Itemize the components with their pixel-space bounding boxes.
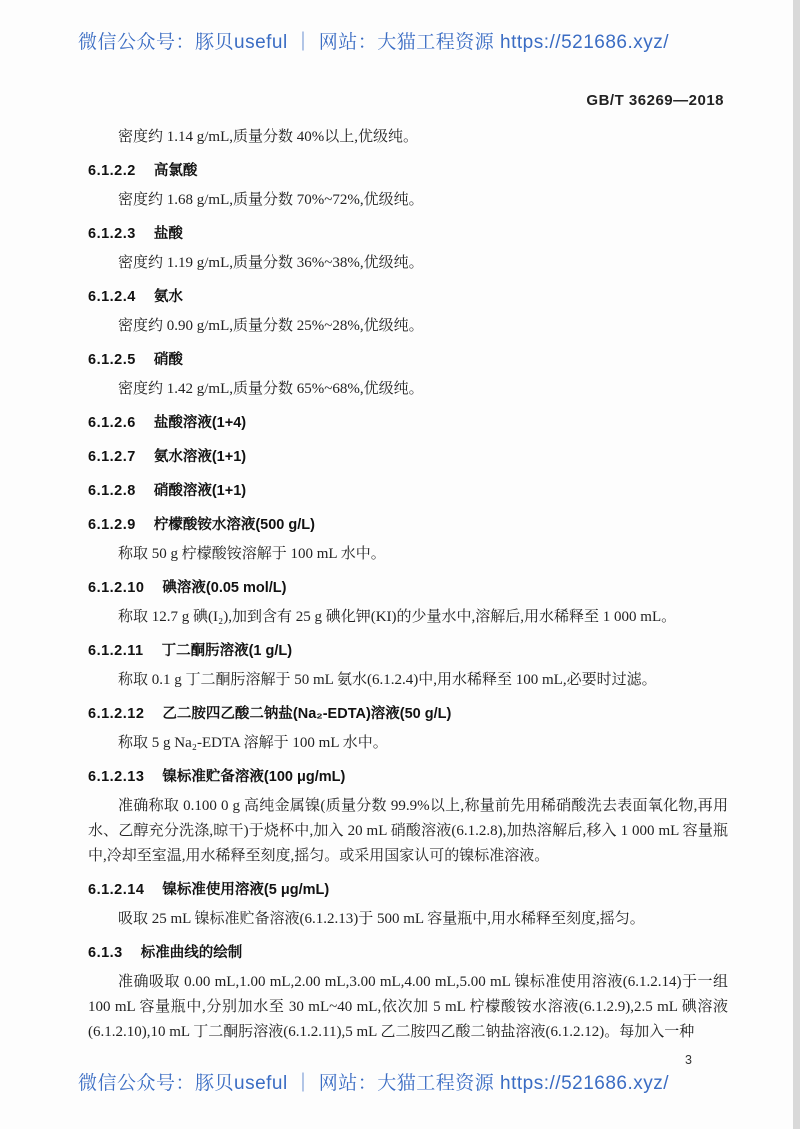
paragraph: 准确吸取 0.00 mL,1.00 mL,2.00 mL,3.00 mL,4.0…	[88, 970, 728, 1045]
watermark-header: 微信公众号：豚贝useful ｜ 网站：大猫工程资源 https://52168…	[78, 27, 738, 54]
section-title: 丁二酮肟溶液(1 g/L)	[162, 643, 293, 659]
section-heading: 6.1.2.14镍标准使用溶液(5 μg/mL)	[88, 878, 728, 903]
section-number: 6.1.2.8	[88, 483, 136, 499]
section-title: 高氯酸	[154, 163, 198, 179]
section-heading: 6.1.2.2高氯酸	[88, 159, 728, 184]
section-heading: 6.1.2.11丁二酮肟溶液(1 g/L)	[88, 639, 728, 664]
section-heading: 6.1.2.7氨水溶液(1+1)	[88, 445, 728, 470]
standard-code: GB/T 36269—2018	[88, 92, 728, 109]
section-heading: 6.1.3标准曲线的绘制	[88, 941, 728, 966]
section-title: 镍标准使用溶液(5 μg/mL)	[162, 882, 329, 898]
section-title: 柠檬酸铵水溶液(500 g/L)	[154, 517, 315, 533]
section-heading: 6.1.2.8硝酸溶液(1+1)	[88, 479, 728, 504]
section-number: 6.1.2.7	[88, 449, 136, 465]
section-number: 6.1.2.5	[88, 352, 136, 368]
section-heading: 6.1.2.9柠檬酸铵水溶液(500 g/L)	[88, 513, 728, 538]
section-heading: 6.1.2.12乙二胺四乙酸二钠盐(Na₂-EDTA)溶液(50 g/L)	[88, 702, 728, 727]
paragraph: 吸取 25 mL 镍标准贮备溶液(6.1.2.13)于 500 mL 容量瓶中,…	[88, 907, 728, 932]
section-title: 标准曲线的绘制	[141, 945, 243, 961]
paragraph: 称取 5 g Na₂-EDTA 溶解于 100 mL 水中。	[88, 731, 728, 756]
paragraph: 称取 0.1 g 丁二酮肟溶解于 50 mL 氨水(6.1.2.4)中,用水稀释…	[88, 668, 728, 693]
section-number: 6.1.2.6	[88, 415, 136, 431]
section-number: 6.1.2.3	[88, 226, 136, 242]
paragraph: 密度约 0.90 g/mL,质量分数 25%~28%,优级纯。	[88, 314, 728, 339]
section-number: 6.1.3	[88, 945, 123, 961]
section-heading: 6.1.2.13镍标准贮备溶液(100 μg/mL)	[88, 765, 728, 790]
section-number: 6.1.2.9	[88, 517, 136, 533]
section-number: 6.1.2.2	[88, 163, 136, 179]
paragraph: 称取 12.7 g 碘(I₂),加到含有 25 g 碘化钾(KI)的少量水中,溶…	[88, 605, 728, 630]
watermark-footer: 微信公众号：豚贝useful ｜ 网站：大猫工程资源 https://52168…	[78, 1068, 738, 1095]
section-title: 硝酸溶液(1+1)	[154, 483, 246, 499]
section-heading: 6.1.2.10碘溶液(0.05 mol/L)	[88, 576, 728, 601]
section-number: 6.1.2.14	[88, 882, 144, 898]
section-heading: 6.1.2.4氨水	[88, 285, 728, 310]
section-number: 6.1.2.13	[88, 769, 144, 785]
section-heading: 6.1.2.3盐酸	[88, 222, 728, 247]
scan-page-edge	[793, 0, 800, 1129]
paragraph: 密度约 1.68 g/mL,质量分数 70%~72%,优级纯。	[88, 188, 728, 213]
section-heading: 6.1.2.6盐酸溶液(1+4)	[88, 411, 728, 436]
section-number: 6.1.2.11	[88, 643, 144, 659]
section-title: 氨水	[154, 289, 183, 305]
section-title: 乙二胺四乙酸二钠盐(Na₂-EDTA)溶液(50 g/L)	[162, 706, 451, 722]
section-number: 6.1.2.10	[88, 580, 144, 596]
paragraph: 密度约 1.19 g/mL,质量分数 36%~38%,优级纯。	[88, 251, 728, 276]
section-title: 盐酸	[154, 226, 183, 242]
section-title: 盐酸溶液(1+4)	[154, 415, 246, 431]
section-title: 氨水溶液(1+1)	[154, 449, 246, 465]
section-number: 6.1.2.12	[88, 706, 144, 722]
paragraph: 准确称取 0.100 0 g 高纯金属镍(质量分数 99.9%以上,称量前先用稀…	[88, 794, 728, 869]
section-heading: 6.1.2.5硝酸	[88, 348, 728, 373]
document-page: GB/T 36269—2018 密度约 1.14 g/mL,质量分数 40%以上…	[88, 92, 728, 1067]
section-title: 镍标准贮备溶液(100 μg/mL)	[162, 769, 345, 785]
section-title: 硝酸	[154, 352, 183, 368]
paragraph: 称取 50 g 柠檬酸铵溶解于 100 mL 水中。	[88, 542, 728, 567]
paragraph: 密度约 1.42 g/mL,质量分数 65%~68%,优级纯。	[88, 377, 728, 402]
section-number: 6.1.2.4	[88, 289, 136, 305]
section-title: 碘溶液(0.05 mol/L)	[162, 580, 286, 596]
paragraph: 密度约 1.14 g/mL,质量分数 40%以上,优级纯。	[88, 125, 728, 150]
page-number: 3	[88, 1053, 728, 1067]
